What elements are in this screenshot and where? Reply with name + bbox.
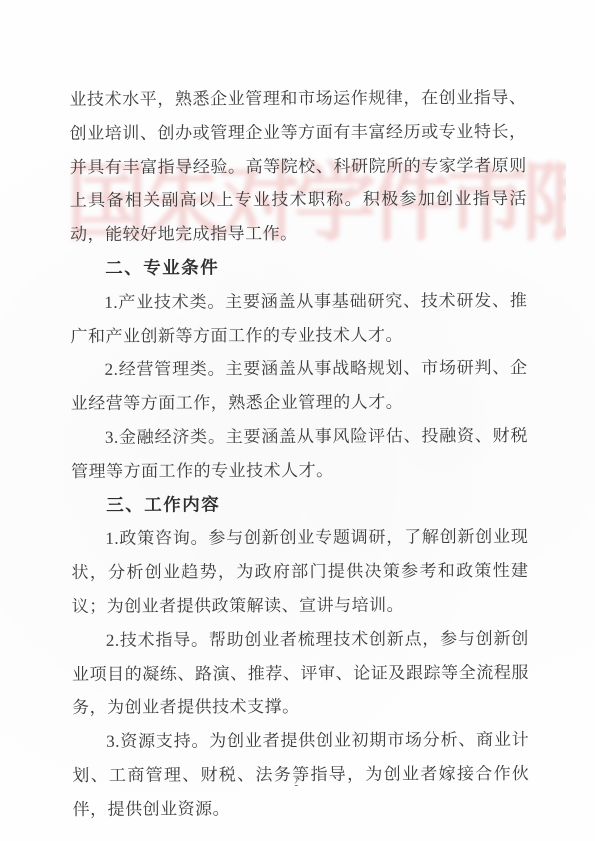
document-body: 业技术水平，熟悉企业管理和市场运作规律，在创业指导、创业培训、创办或管理企业等方… [69, 81, 529, 827]
scanned-document-page: 国朱对学件市限米 业技术水平，熟悉企业管理和市场运作规律，在创业指导、创业培训、… [0, 0, 595, 841]
paragraph-technical-guidance: 2.技术指导。帮助创业者梳理技术创新点，参与创新创业项目的凝练、路演、推荐、评审… [72, 622, 529, 725]
paragraph-intro-continuation: 业技术水平，熟悉企业管理和市场运作规律，在创业指导、创业培训、创办或管理企业等方… [69, 81, 527, 252]
paragraph-category-industry-tech: 1.产业技术类。主要涵盖从事基础研究、技术研发、推广和产业创新等方面工作的专业技… [70, 284, 527, 354]
paragraph-category-business-management: 2.经营管理类。主要涵盖从事战略规划、市场研判、企业经营等方面工作，熟悉企业管理… [71, 351, 528, 421]
paragraph-policy-consulting: 1.政策咨询。参与创新创业专题调研，了解创新创业现状，分析创业趋势，为政府部门提… [71, 520, 528, 623]
paragraph-resource-support: 3.资源支持。为创业者提供创业初期市场分析、商业计划、工商管理、财税、法务等指导… [72, 723, 529, 826]
section-heading-work-content: 三、工作内容 [71, 487, 528, 523]
paragraph-category-finance-economy: 3.金融经济类。主要涵盖从事风险评估、投融资、财税管理等方面工作的专业技术人才。 [71, 419, 528, 489]
section-heading-professional-conditions: 二、专业条件 [70, 250, 527, 286]
page-number: 2 [292, 774, 299, 790]
